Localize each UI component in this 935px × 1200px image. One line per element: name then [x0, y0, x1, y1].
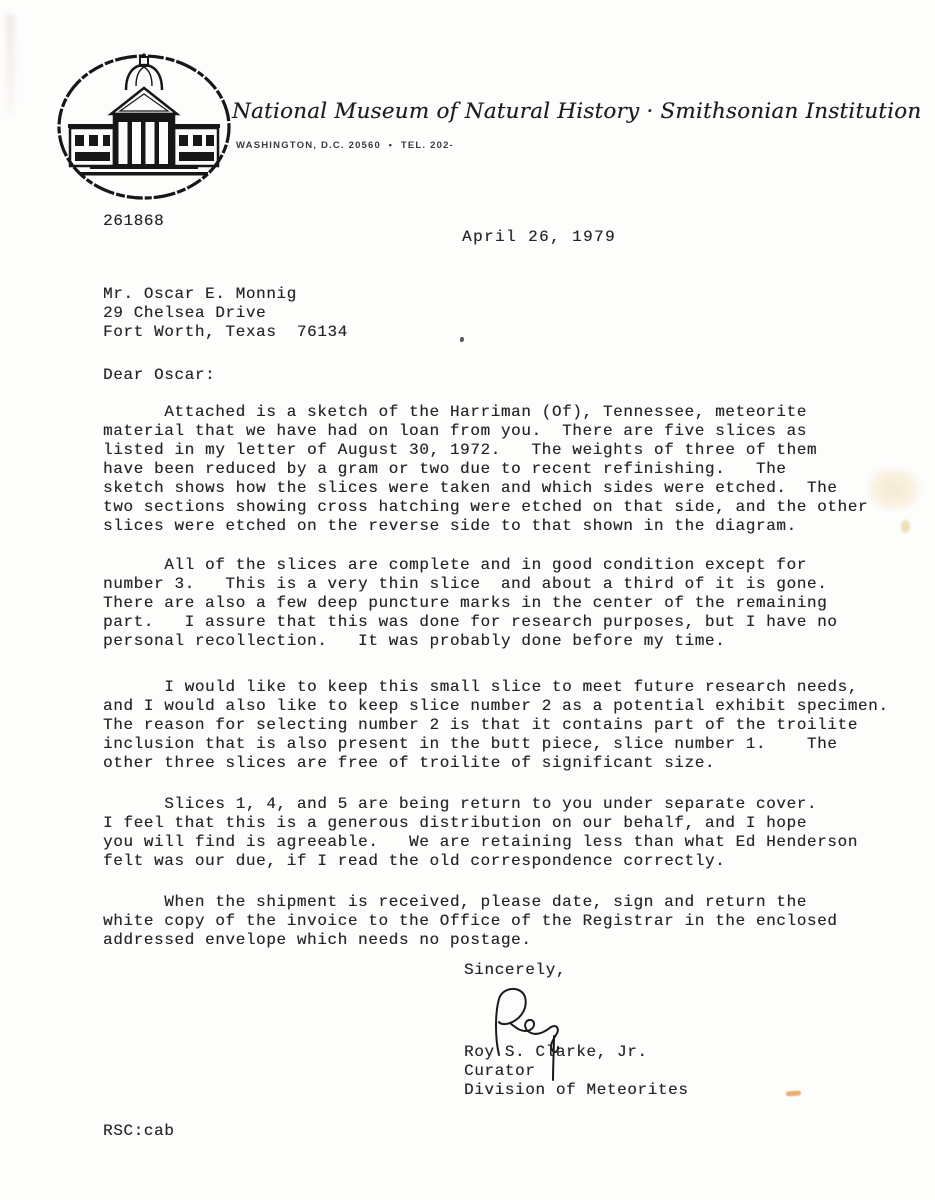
letter-paragraph-2: All of the slices are complete and in go… [103, 556, 838, 651]
typist-initials: RSC:cab [103, 1122, 174, 1141]
org-address-line: WASHINGTON, D.C. 20560 • TEL. 202- [236, 140, 454, 151]
letter-date: April 26, 1979 [462, 228, 616, 247]
scanned-letter-page: National Museum of Natural History · Smi… [0, 0, 935, 1200]
salutation: Dear Oscar: [103, 366, 215, 385]
accession-number: 261868 [103, 212, 164, 231]
scan-artifact-dot [460, 337, 464, 342]
recipient-address: Mr. Oscar E. Monnig 29 Chelsea Drive For… [103, 285, 348, 342]
letter-paragraph-5: When the shipment is received, please da… [103, 893, 838, 950]
org-title: National Museum of Natural History · Smi… [232, 99, 921, 124]
scan-artifact-left-edge [6, 14, 15, 116]
scan-artifact-orange-dash [786, 1090, 801, 1096]
museum-building-logo-icon [56, 52, 234, 204]
closing: Sincerely, [464, 961, 566, 980]
letter-paragraph-3: I would like to keep this small slice to… [103, 678, 889, 773]
scan-artifact-smudge-dot [901, 520, 910, 533]
letter-paragraph-1: Attached is a sketch of the Harriman (Of… [103, 403, 868, 536]
letter-paragraph-4: Slices 1, 4, and 5 are being return to y… [103, 795, 858, 871]
signer-block: Roy S. Clarke, Jr. Curator Division of M… [464, 1043, 688, 1100]
scan-artifact-smudge [868, 468, 920, 510]
